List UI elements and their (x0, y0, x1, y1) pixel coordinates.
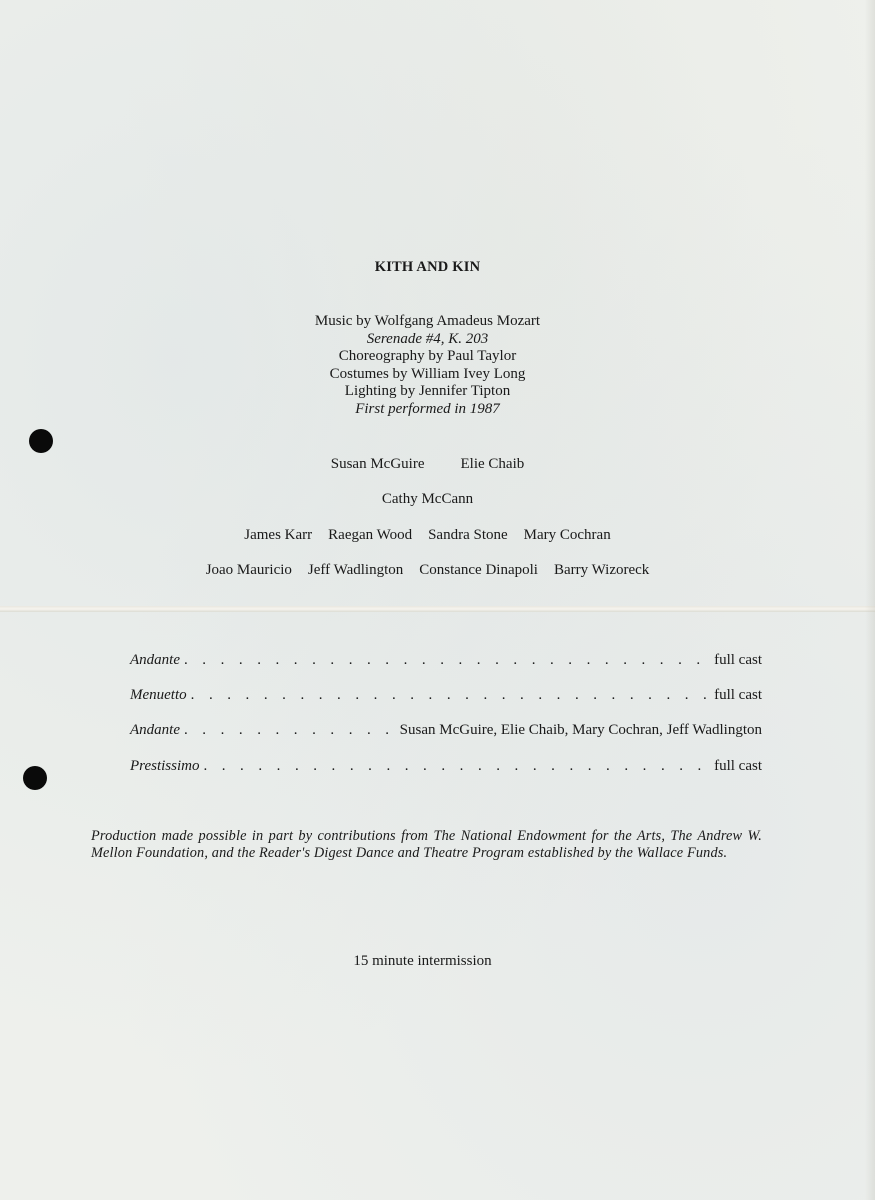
cast-row: Joao MauricioJeff WadlingtonConstance Di… (0, 562, 855, 579)
cast-member: Cathy McCann (382, 491, 473, 507)
cast-member: Mary Cochran (524, 527, 611, 543)
funding-note: Production made possible in part by cont… (91, 828, 762, 862)
work-title: Serenade #4, K. 203 (0, 331, 855, 349)
cast-row: Cathy McCann (0, 491, 855, 508)
cast-row: Susan McGuireElie Chaib (0, 456, 855, 473)
choreography-credit: Choreography by Paul Taylor (0, 348, 855, 366)
movement-name: Prestissimo (130, 758, 199, 775)
paper-fold-crease (0, 606, 875, 612)
punch-hole (23, 766, 47, 790)
movement-row: Andante full cast (130, 652, 762, 669)
dot-leader (203, 758, 710, 775)
intermission-note: 15 minute intermission (0, 953, 845, 970)
cast-member: Sandra Stone (428, 527, 508, 543)
cast-member: Joao Mauricio (206, 562, 292, 578)
movement-name: Menuetto (130, 687, 187, 704)
cast-member: Constance Dinapoli (419, 562, 538, 578)
paper-edge (865, 0, 875, 1200)
movement-row: Menuetto full cast (130, 687, 762, 704)
cast-member: Barry Wizoreck (554, 562, 649, 578)
cast-member: Susan McGuire (331, 456, 425, 472)
costumes-credit: Costumes by William Ivey Long (0, 366, 855, 384)
movement-row: Andante Susan McGuire, Elie Chaib, Mary … (130, 722, 762, 739)
cast-member: Jeff Wadlington (308, 562, 403, 578)
premiere-note: First performed in 1987 (0, 401, 855, 419)
movement-performers: full cast (714, 652, 762, 669)
cast-row: James KarrRaegan WoodSandra StoneMary Co… (0, 527, 855, 544)
movement-row: Prestissimo full cast (130, 758, 762, 775)
cast-member: Elie Chaib (461, 456, 525, 472)
program-title: KITH AND KIN (0, 259, 855, 276)
cast-member: Raegan Wood (328, 527, 412, 543)
cast-member: James Karr (244, 527, 312, 543)
dot-leader (191, 687, 710, 704)
production-credits: Music by Wolfgang Amadeus Mozart Serenad… (0, 313, 855, 419)
punch-hole (29, 429, 53, 453)
dot-leader (184, 722, 396, 739)
dot-leader (184, 652, 710, 669)
lighting-credit: Lighting by Jennifer Tipton (0, 383, 855, 401)
movement-performers: full cast (714, 687, 762, 704)
movement-performers: full cast (714, 758, 762, 775)
movement-performers: Susan McGuire, Elie Chaib, Mary Cochran,… (400, 722, 762, 739)
music-credit: Music by Wolfgang Amadeus Mozart (0, 313, 855, 331)
movement-name: Andante (130, 652, 180, 669)
movement-name: Andante (130, 722, 180, 739)
